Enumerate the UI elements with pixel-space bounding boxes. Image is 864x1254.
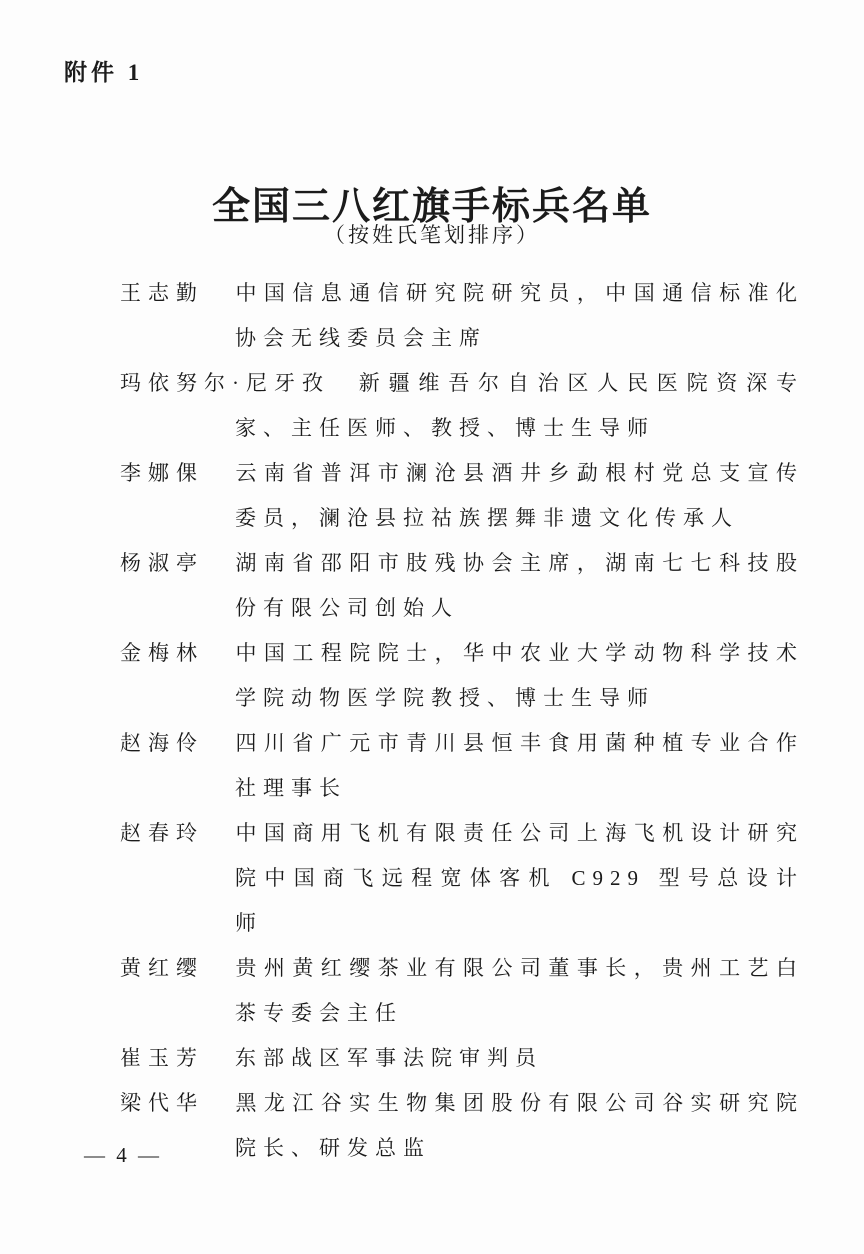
awardee-description: 贵州黄红缨茶业有限公司董事长，贵州工艺白茶专委会主任 [235,956,804,1025]
awardee-name: 崔玉芳 [120,1036,208,1081]
list-item: 玛依努尔·尼牙孜新疆维吾尔自治区人民医院资深专家、主任医师、教授、博士生导师 [120,361,804,451]
awardee-description: 中国商用飞机有限责任公司上海飞机设计研究院中国商飞远程宽体客机 C929 型号总… [235,821,804,935]
awardee-description: 中国信息通信研究院研究员，中国通信标准化协会无线委员会主席 [235,281,804,350]
list-item: 金梅林中国工程院院士，华中农业大学动物科学技术学院动物医学院教授、博士生导师 [120,631,804,721]
list-item: 黄红缨贵州黄红缨茶业有限公司董事长，贵州工艺白茶专委会主任 [120,946,804,1036]
list-item: 赵春玲中国商用飞机有限责任公司上海飞机设计研究院中国商飞远程宽体客机 C929 … [120,811,804,946]
document-page: 附件 1 全国三八红旗手标兵名单 （按姓氏笔划排序） 王志勤中国信息通信研究院研… [0,0,864,1254]
awardee-name: 赵海伶 [120,721,208,766]
awardee-description: 中国工程院院士，华中农业大学动物科学技术学院动物医学院教授、博士生导师 [235,641,804,710]
page-number: — 4 — [84,1143,162,1168]
list-item: 李娜倮云南省普洱市澜沧县酒井乡勐根村党总支宣传委员，澜沧县拉祜族摆舞非遗文化传承… [120,451,804,541]
awardee-description: 四川省广元市青川县恒丰食用菌种植专业合作社理事长 [235,731,804,800]
list-item: 赵海伶四川省广元市青川县恒丰食用菌种植专业合作社理事长 [120,721,804,811]
page-subtitle: （按姓氏笔划排序） [0,219,864,249]
awardee-description: 东部战区军事法院审判员 [235,1046,543,1070]
list-item: 王志勤中国信息通信研究院研究员，中国通信标准化协会无线委员会主席 [120,271,804,361]
awardee-name: 王志勤 [120,271,208,316]
list-item: 梁代华黑龙江谷实生物集团股份有限公司谷实研究院院长、研发总监 [120,1081,804,1171]
awardee-name: 黄红缨 [120,946,208,991]
awardee-name: 金梅林 [120,631,208,676]
awardee-description: 黑龙江谷实生物集团股份有限公司谷实研究院院长、研发总监 [235,1091,804,1160]
awardee-name: 赵春玲 [120,811,208,856]
awardee-list: 王志勤中国信息通信研究院研究员，中国通信标准化协会无线委员会主席 玛依努尔·尼牙… [120,271,804,1171]
awardee-name: 梁代华 [120,1081,208,1126]
list-item: 崔玉芳东部战区军事法院审判员 [120,1036,804,1081]
awardee-name: 李娜倮 [120,451,208,496]
awardee-description: 湖南省邵阳市肢残协会主席，湖南七七科技股份有限公司创始人 [235,551,804,620]
list-item: 杨淑亭湖南省邵阳市肢残协会主席，湖南七七科技股份有限公司创始人 [120,541,804,631]
awardee-name: 玛依努尔·尼牙孜 [120,361,330,406]
awardee-description: 云南省普洱市澜沧县酒井乡勐根村党总支宣传委员，澜沧县拉祜族摆舞非遗文化传承人 [235,461,804,530]
awardee-name: 杨淑亭 [120,541,208,586]
attachment-label: 附件 1 [64,54,143,87]
